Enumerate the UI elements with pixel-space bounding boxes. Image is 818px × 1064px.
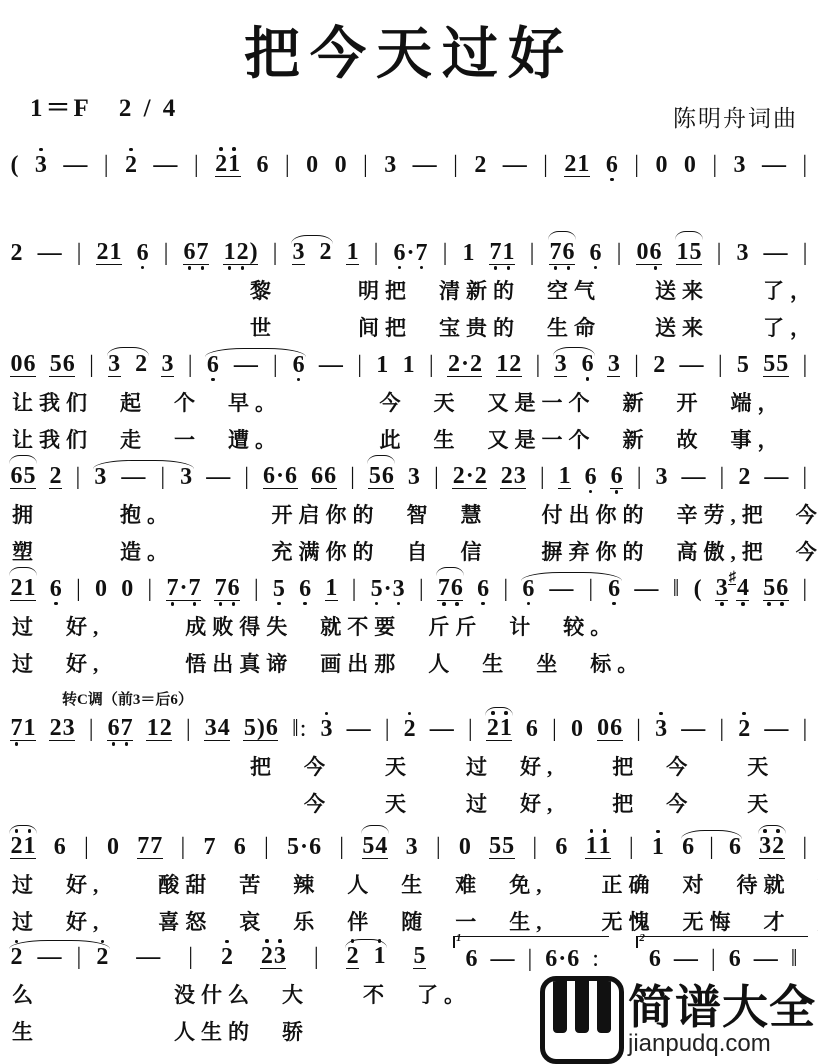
note-char: 7 [137,828,150,865]
glyph: 6 [465,947,478,971]
note-char: ) [249,234,258,271]
glyph: | [636,717,642,741]
lyric-line-2: 让我们 走 一 遭。 此 生 又是一个 新 故 事， 用心去 [0,422,818,459]
note-char: | [418,571,424,607]
glyph: | [163,241,169,265]
note: 55 [489,828,515,865]
glyph: 2 [738,717,751,741]
note-char: | [350,459,356,495]
glyph: 6 [450,576,463,601]
barline: | [539,459,545,495]
glyph: 3 [513,464,526,489]
glyph: 6 [107,716,120,741]
glyph: — [634,577,659,601]
note: 67 [107,710,133,747]
glyph: 2 [215,152,228,177]
octave-dot-below [201,265,205,271]
glyph: 2 [486,716,499,741]
glyph: 0 [334,153,347,177]
glyph: | [384,717,390,741]
glyph: 6 [311,464,324,489]
note-char: 1 [585,828,598,865]
glyph: 5 [413,944,426,969]
glyph: — [681,717,706,741]
glyph: 0 [306,153,319,177]
note-char: ( [10,147,19,183]
note-char: 6 [648,941,661,977]
note-char: 6 [227,570,240,607]
glyph: · [383,577,392,601]
note: 54 [362,828,388,865]
note: 5 [413,938,426,975]
note-char: · [558,941,567,977]
note-char: 2 [159,710,172,747]
barline: | [193,147,199,183]
octave-dot-below [567,265,571,271]
note-char: · [460,346,469,383]
music-line: 7123|6712|345)6‖:3—|2—|216|006|3—|2—| [0,710,818,747]
note-char: — [634,571,659,607]
note-char: 2 [220,939,233,975]
note: 2 [738,459,751,495]
note: 23 [500,458,526,495]
note: 21 [10,570,36,607]
glyph: 3 [204,716,217,741]
glyph: ‖ [672,577,680,601]
note-char: 3 [94,459,107,495]
note-char: | [453,147,459,183]
note: 5·3 [370,571,405,607]
glyph: 2 [346,944,359,969]
glyph: 3 [554,352,567,377]
barline: | [147,571,153,607]
note-char: | [313,939,319,975]
barline: | [628,829,634,865]
tie-arc [361,825,389,834]
glyph: | [543,153,549,177]
barline: | [552,711,558,747]
note-char: 3 [161,346,174,383]
note-char: | [442,235,448,271]
note: 23 [260,938,286,975]
glyph: | [527,947,533,971]
barline: | [616,235,622,271]
music-line: 0656|323|6—|6—|11|2·212|363|2—|555| [0,346,818,383]
note: 32 [759,828,785,865]
note-char: 2 [564,146,577,183]
glyph: 3 [62,716,75,741]
note-char: 3 [204,710,217,747]
octave-dot-below [241,265,245,271]
glyph: 7 [150,834,163,859]
note: 1 [373,938,386,975]
note-char: 2 [653,347,666,383]
note-char: — [681,459,706,495]
barline: | [802,829,808,865]
glyph: 3 [94,465,107,489]
lyric-line-1: 黎 明把 清新的 空气 送来 了， [0,273,818,310]
duration-dash: — [37,235,62,271]
note-char: 2 [319,234,332,271]
note-char: | [636,711,642,747]
glyph: ) [256,716,265,741]
glyph: 2 [10,834,23,859]
glyph: 2 [10,241,23,265]
barline: | [527,941,533,977]
note: 21 [564,146,590,183]
glyph: | [802,241,808,265]
glyph: 5 [689,240,702,265]
glyph: | [532,835,538,859]
note-char: 5 [272,571,285,607]
glyph: 2 [500,464,513,489]
octave-dot-below [277,601,281,607]
glyph: ‖ [292,717,300,741]
glyph: — [37,945,62,969]
note-char: | [503,571,509,607]
note: 3 [736,235,749,271]
note-char: 6 [776,570,789,607]
note-char: 6 [311,458,324,495]
duration-dash: — [206,459,231,495]
glyph: | [802,717,808,741]
note: 56 [368,458,394,495]
barline: | [634,347,640,383]
glyph: · [558,947,567,971]
lyric-line-2: 今 天 过 好, 把 今 天 [0,786,818,823]
note-char: 6 [610,458,623,495]
note-char: · [179,570,188,607]
octave-dot-below [141,265,145,271]
note-char: 2 [96,939,109,975]
note-char: 3 [180,459,193,495]
tied-group: 6—|6 [522,571,621,607]
barline: | [76,235,82,271]
note: 3 [655,711,668,747]
note-char: | [802,147,808,183]
note-char: | [357,347,363,383]
note: 2 [403,711,416,747]
tied-group: 32 [108,346,148,383]
note: 66 [311,458,337,495]
glyph: | [193,153,199,177]
glyph: 0 [636,240,649,265]
glyph: 5 [243,716,256,741]
glyph: 1 [598,834,611,859]
note: 6 [648,941,661,977]
note-char: | [636,459,642,495]
note-char: 2 [260,938,273,975]
lyric-line-1: 把 今 天 过 好, 把 今 天 [0,749,818,786]
glyph: 0 [458,835,471,859]
glyph: | [272,353,278,377]
note: 2 [474,147,487,183]
duration-dash: — [346,711,371,747]
glyph: | [710,947,716,971]
note-char: 7 [188,570,201,607]
note-char: : [299,711,307,747]
note-char: — [753,941,778,977]
note: 2·2 [447,346,482,383]
note: 6·6 [263,458,298,495]
glyph: — [761,153,786,177]
note-char: | [710,941,716,977]
note-char: 6 [610,710,623,747]
glyph: 6 [610,716,623,741]
note: 5 [736,347,749,383]
glyph: 2 [564,152,577,177]
duration-dash: — [681,711,706,747]
note-char: 4 [736,570,749,607]
note-char: 6 [728,941,741,977]
note: 3 [94,459,107,495]
note-char: — [121,459,146,495]
duration-dash: — [153,147,178,183]
duration-dash: — [502,147,527,183]
note-char: — [763,235,788,271]
duration-dash: — [318,347,343,383]
barline: | [636,459,642,495]
glyph: | [709,835,715,859]
glyph: | [716,241,722,265]
glyph: 1 [585,834,598,859]
barline: | [363,147,369,183]
glyph: 2 [738,465,751,489]
glyph: 6 [605,153,618,177]
glyph: 3 [273,944,286,969]
note-char: 6 [545,941,558,977]
glyph: 6 [545,947,558,971]
note-char: 0 [306,147,319,183]
barline: | [588,571,594,607]
glyph: — [502,153,527,177]
note-char: · [406,235,415,271]
barline: | [433,459,439,495]
note-char: 6 [324,458,337,495]
note-char: · [465,458,474,495]
note-char: 0 [570,711,583,747]
note-char: — [429,711,454,747]
barline: | [244,459,250,495]
music-line: 216|077|76|5·6|543|055|611|16|632| [0,828,818,865]
note: 12) [223,234,258,271]
note: 2 [319,234,332,271]
note: 71 [10,710,36,747]
duration-dash: — [490,941,515,977]
glyph: | [467,717,473,741]
note: 1 [346,234,359,271]
glyph: 6 [477,577,490,601]
system-3: 0656|323|6—|6—|11|2·212|363|2—|555|让我们 起… [0,346,818,459]
barline: | [802,571,808,607]
glyph: 2 [96,240,109,265]
note-char: 3 [292,234,305,271]
note: 5 [272,571,285,607]
note-char: 6 [649,234,662,271]
barline: | [716,235,722,271]
note-char: | [535,347,541,383]
glyph: | [453,153,459,177]
note-char: 1 [373,938,386,975]
glyph: · [179,576,188,601]
note-char: 2 [403,711,416,747]
note-char: — [233,347,258,383]
barline: | [467,711,473,747]
tie-arc [436,567,464,576]
glyph: 7 [549,240,562,265]
glyph: 3 [34,153,47,177]
note-char: 6 [23,346,36,383]
barline: | [253,571,259,607]
glyph: 7 [188,576,201,601]
note-char: 6 [62,346,75,383]
note: 3 [180,459,193,495]
note: 3 [320,711,333,747]
glyph: 3 [759,834,772,859]
barline: | [428,347,434,383]
note: 06 [636,234,662,271]
glyph: 1 [402,353,415,377]
system-4: 652|3—|3—|6·666|563|2·223|166|3—|2—|拥 抱。… [0,458,818,571]
note-char: 3 [392,571,405,607]
note-char: 1 [502,234,515,271]
glyph: 6 [584,465,597,489]
glyph: 6 [10,464,23,489]
note: 15 [676,234,702,271]
note-char: | [709,829,715,865]
glyph: 4 [736,576,749,601]
glyph: | [160,465,166,489]
octave-dot-below [193,601,197,607]
duration-dash: — [634,571,659,607]
glyph: 1 [325,576,338,601]
system-6: 转C调（前3＝后6）7123|6712|345)6‖:3—|2—|216|006… [0,688,818,823]
octave-dot-below [125,741,129,747]
note: 2 [96,939,109,975]
glyph: 6 [299,577,312,601]
note: 6 [136,235,149,271]
duration-dash: — [121,459,146,495]
glyph: 1 [346,240,359,265]
glyph: 2 [447,352,460,377]
glyph: — [764,465,789,489]
note-char: 0 [683,147,696,183]
note-char: 5 [736,347,749,383]
glyph: 3 [392,577,405,601]
barline: | [272,235,278,271]
note-char: 0 [10,346,23,383]
octave-dot-below [494,265,498,271]
note: 6 [465,941,478,977]
note-char: 6 [525,711,538,747]
glyph: — [121,465,146,489]
volta-2-bracket: 26—|6—‖ [636,936,808,977]
note: 7 [203,829,216,865]
barline: ‖: [292,711,307,747]
note-char: 2 [474,458,487,495]
glyph: · [406,241,415,265]
note-char: 6 [206,347,219,383]
piano-black-key [553,981,567,1033]
octave-dot-below [442,601,446,607]
glyph: 6 [206,353,219,377]
glyph: | [272,241,278,265]
glyph: ♯ [728,570,736,585]
barline: | [187,347,193,383]
glyph: 6 [608,577,621,601]
note-char: — [673,941,698,977]
tied-group: 6|6 [682,829,742,865]
note-char: | [467,711,473,747]
barline: | [163,235,169,271]
octave-dot-below [232,601,236,607]
note-char: 0 [597,710,610,747]
note: 1 [462,235,475,271]
note-char: | [272,235,278,271]
note: 0 [94,571,107,607]
glyph: | [339,835,345,859]
duration-dash: — [412,147,437,183]
note: 6 [49,571,62,607]
note-char: — [136,939,161,975]
octave-dot-below [211,377,215,383]
octave-dot-below [720,601,724,607]
glyph: 5 [736,353,749,377]
note: 06 [597,710,623,747]
note: 0 [683,147,696,183]
note-char: | [103,147,109,183]
note-char: 5 [763,570,776,607]
glyph: | [373,241,379,265]
note-char: — [37,235,62,271]
octave-dot-below [15,741,19,747]
volta-number: 1 [456,933,462,944]
glyph: — [318,353,343,377]
glyph: 6 [309,835,322,859]
barline: | [357,347,363,383]
glyph: 6 [589,241,602,265]
glyph: 6 [567,947,580,971]
note-char: 1 [346,234,359,271]
barline: : [592,941,600,977]
note-char: 0 [334,147,347,183]
watermark-site-url: jianpudq.com [628,1032,771,1056]
note-char: 3 [655,711,668,747]
note-char: 6 [589,235,602,271]
glyph: | [185,717,191,741]
octave-dot-below [767,601,771,607]
note-char: 3 [108,346,121,383]
note-char: 6 [256,147,269,183]
note: 6 [584,459,597,495]
glyph: 6 [53,835,66,859]
duration-dash: — [764,459,789,495]
glyph: | [76,241,82,265]
tie-arc [485,707,513,716]
glyph: 3 [292,240,305,265]
barline: | [185,711,191,747]
glyph: 7 [166,576,179,601]
note-char: 6 [183,234,196,271]
glyph: | [187,353,193,377]
glyph: 3 [655,465,668,489]
note-char: | [802,235,808,271]
octave-dot-below [586,376,590,382]
note-char: 1 [577,146,590,183]
note-char: 1 [462,235,475,271]
note-char: 2 [738,459,751,495]
glyph: | [83,835,89,859]
